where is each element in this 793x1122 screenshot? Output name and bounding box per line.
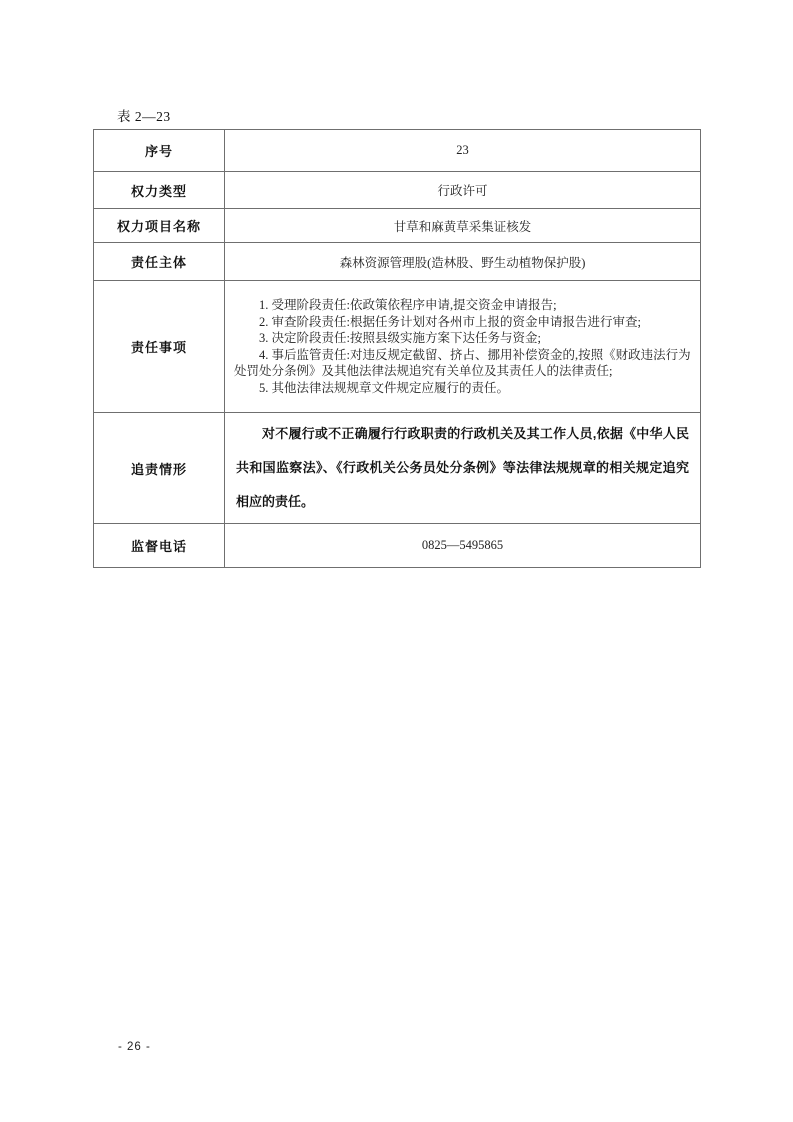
table-row: 权力项目名称 甘草和麻黄草采集证核发 [94, 209, 701, 243]
table-row: 责任主体 森林资源管理股(造林股、野生动植物保护股) [94, 243, 701, 281]
row-value-power-type: 行政许可 [225, 172, 701, 209]
duty-item-3: 3. 决定阶段责任:按照县级实施方案下达任务与资金; [234, 330, 691, 347]
row-value-duty-items: 1. 受理阶段责任:依政策依程序申请,提交资金申请报告; 2. 审查阶段责任:根… [225, 281, 701, 413]
row-value-responsible-entity: 森林资源管理股(造林股、野生动植物保护股) [225, 243, 701, 281]
row-value-accountability-circumstances: 对不履行或不正确履行行政职责的行政机关及其工作人员,依据《中华人民共和国监察法》… [225, 413, 701, 524]
duty-item-4: 4. 事后监管责任:对违反规定截留、挤占、挪用补偿资金的,按照《财政违法行为处罚… [234, 347, 691, 380]
page-number: - 26 - [118, 1041, 151, 1053]
row-label-serial-number: 序号 [94, 130, 225, 172]
table-row: 监督电话 0825—5495865 [94, 524, 701, 568]
row-value-serial-number: 23 [225, 130, 701, 172]
accountability-text: 对不履行或不正确履行行政职责的行政机关及其工作人员,依据《中华人民共和国监察法》… [236, 417, 689, 519]
table-row: 追责情形 对不履行或不正确履行行政职责的行政机关及其工作人员,依据《中华人民共和… [94, 413, 701, 524]
row-value-power-item-name: 甘草和麻黄草采集证核发 [225, 209, 701, 243]
duty-item-5: 5. 其他法律法规规章文件规定应履行的责任。 [234, 380, 691, 397]
document-page: 表 2—23 序号 23 权力类型 行政许可 权力项目名称 甘草和麻黄草采集证核… [0, 0, 793, 1122]
row-value-supervision-phone: 0825—5495865 [225, 524, 701, 568]
table-caption: 表 2—23 [117, 105, 171, 125]
table-row: 责任事项 1. 受理阶段责任:依政策依程序申请,提交资金申请报告; 2. 审查阶… [94, 281, 701, 413]
table-row: 权力类型 行政许可 [94, 172, 701, 209]
row-label-power-type: 权力类型 [94, 172, 225, 209]
row-label-supervision-phone: 监督电话 [94, 524, 225, 568]
row-label-accountability-circumstances: 追责情形 [94, 413, 225, 524]
duty-item-2: 2. 审查阶段责任:根据任务计划对各州市上报的资金申请报告进行审查; [234, 314, 691, 331]
row-label-duty-items: 责任事项 [94, 281, 225, 413]
responsibility-table: 序号 23 权力类型 行政许可 权力项目名称 甘草和麻黄草采集证核发 责任主体 … [93, 129, 701, 568]
row-label-power-item-name: 权力项目名称 [94, 209, 225, 243]
table-row: 序号 23 [94, 130, 701, 172]
duty-item-1: 1. 受理阶段责任:依政策依程序申请,提交资金申请报告; [234, 297, 691, 314]
row-label-responsible-entity: 责任主体 [94, 243, 225, 281]
